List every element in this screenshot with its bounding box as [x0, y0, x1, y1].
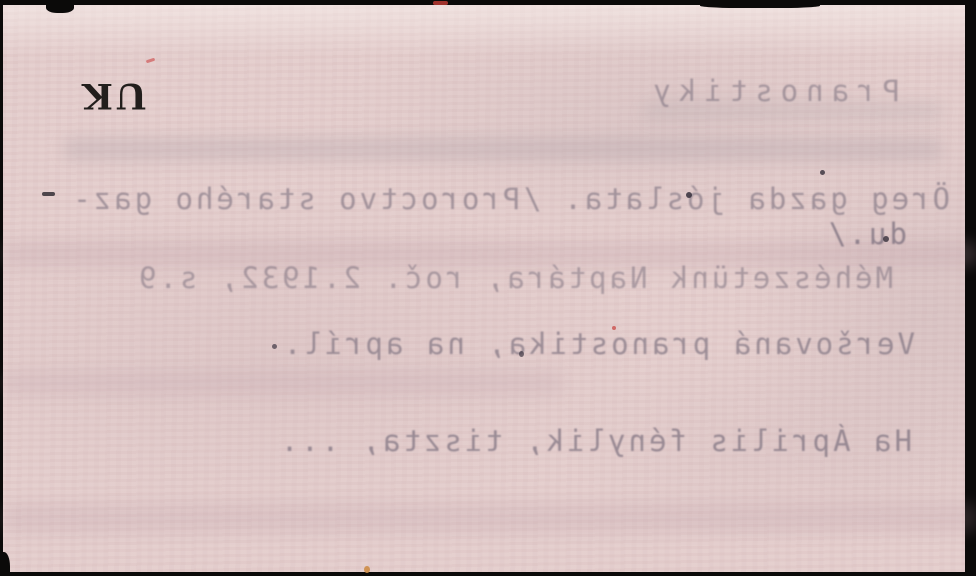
mirrored-line-quote: Ha Április fénylik, tiszta, ...: [278, 424, 912, 458]
mirrored-line-title-continuation: du./: [825, 217, 907, 251]
ink-speck: [686, 192, 692, 198]
ink-speck: [42, 192, 55, 196]
ink-speck: [519, 351, 524, 357]
red-fiber-speck: [612, 326, 616, 330]
orange-stain-speck: [364, 566, 370, 573]
ink-speck: [820, 170, 825, 175]
mirrored-line-heading: Pranostiky: [645, 74, 900, 108]
ink-speck: [883, 236, 889, 242]
red-fiber-speck: [433, 1, 448, 5]
mirrored-typewriter-text: Pranostiky Öreg gazda jóslata. /Proroctv…: [0, 0, 976, 576]
scanned-card-page: UK Pranostiky Öreg gazda jóslata. /Proro…: [0, 0, 976, 576]
ink-speck: [272, 344, 277, 349]
mirrored-line-source: Méhészetünk Naptára, roč. 2.1932, s.9: [136, 261, 893, 295]
mirrored-line-title: Öreg gazda jóslata. /Proroctvo starého g…: [70, 182, 950, 216]
mirrored-line-description: Veršovaná pranostika, na apríl.: [281, 327, 915, 361]
